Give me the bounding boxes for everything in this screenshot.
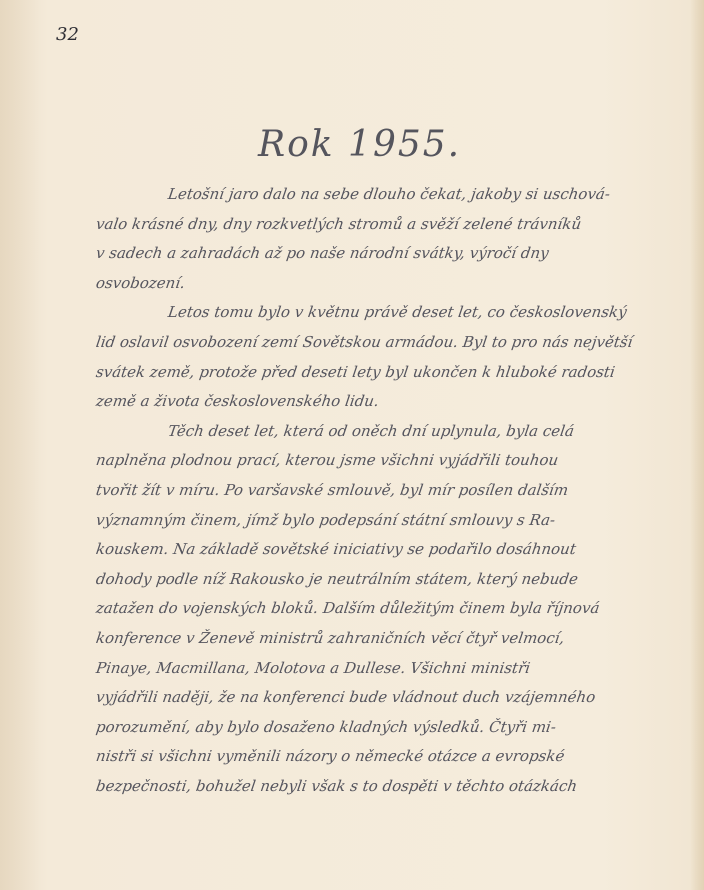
paragraph-2: Letos tomu bylo v květnu právě deset let… [96, 298, 676, 416]
text-line: lid oslavil osvobození zemí Sovětskou ar… [94, 328, 678, 358]
text-line: nistři si všichni vyměnili názory o něme… [94, 742, 678, 772]
text-line: kouskem. Na základě sovětské iniciativy … [94, 535, 678, 565]
text-line: Letošní jaro dalo na sebe dlouho čekat, … [94, 180, 678, 210]
chronicle-page: 32 Rok 1955. Letošní jaro dalo na sebe d… [0, 0, 704, 890]
paragraph-1: Letošní jaro dalo na sebe dlouho čekat, … [96, 180, 676, 298]
text-line: osvobození. [94, 269, 678, 299]
text-line: vyjádřili naději, že na konferenci bude … [94, 683, 678, 713]
paragraph-3: Těch deset let, která od oněch dní uplyn… [96, 417, 676, 802]
handwritten-body: Letošní jaro dalo na sebe dlouho čekat, … [96, 180, 676, 801]
text-line: Pinaye, Macmillana, Molotova a Dullese. … [94, 654, 678, 684]
text-line: Letos tomu bylo v květnu právě deset let… [94, 298, 678, 328]
page-number: 32 [56, 24, 79, 45]
text-line: konference v Ženevě ministrů zahraničníc… [94, 624, 678, 654]
text-line: zatažen do vojenských bloků. Dalším důle… [94, 594, 678, 624]
text-line: dohody podle níž Rakousko je neutrálním … [94, 565, 678, 595]
text-line: porozumění, aby bylo dosaženo kladných v… [94, 713, 678, 743]
text-line: země a života československého lidu. [94, 387, 678, 417]
text-line: v sadech a zahradách až po naše národní … [94, 239, 678, 269]
text-line: tvořit žít v míru. Po varšavské smlouvě,… [94, 476, 678, 506]
text-line: svátek země, protože před deseti lety by… [94, 358, 678, 388]
text-line: Těch deset let, která od oněch dní uplyn… [94, 417, 678, 447]
text-line: valo krásné dny, dny rozkvetlých stromů … [94, 210, 678, 240]
text-line: bezpečnosti, bohužel nebyli však s to do… [94, 772, 678, 802]
page-title: Rok 1955. [258, 124, 461, 165]
text-line: naplněna plodnou prací, kterou jsme všic… [94, 446, 678, 476]
text-line: významným činem, jímž bylo podepsání stá… [94, 506, 678, 536]
